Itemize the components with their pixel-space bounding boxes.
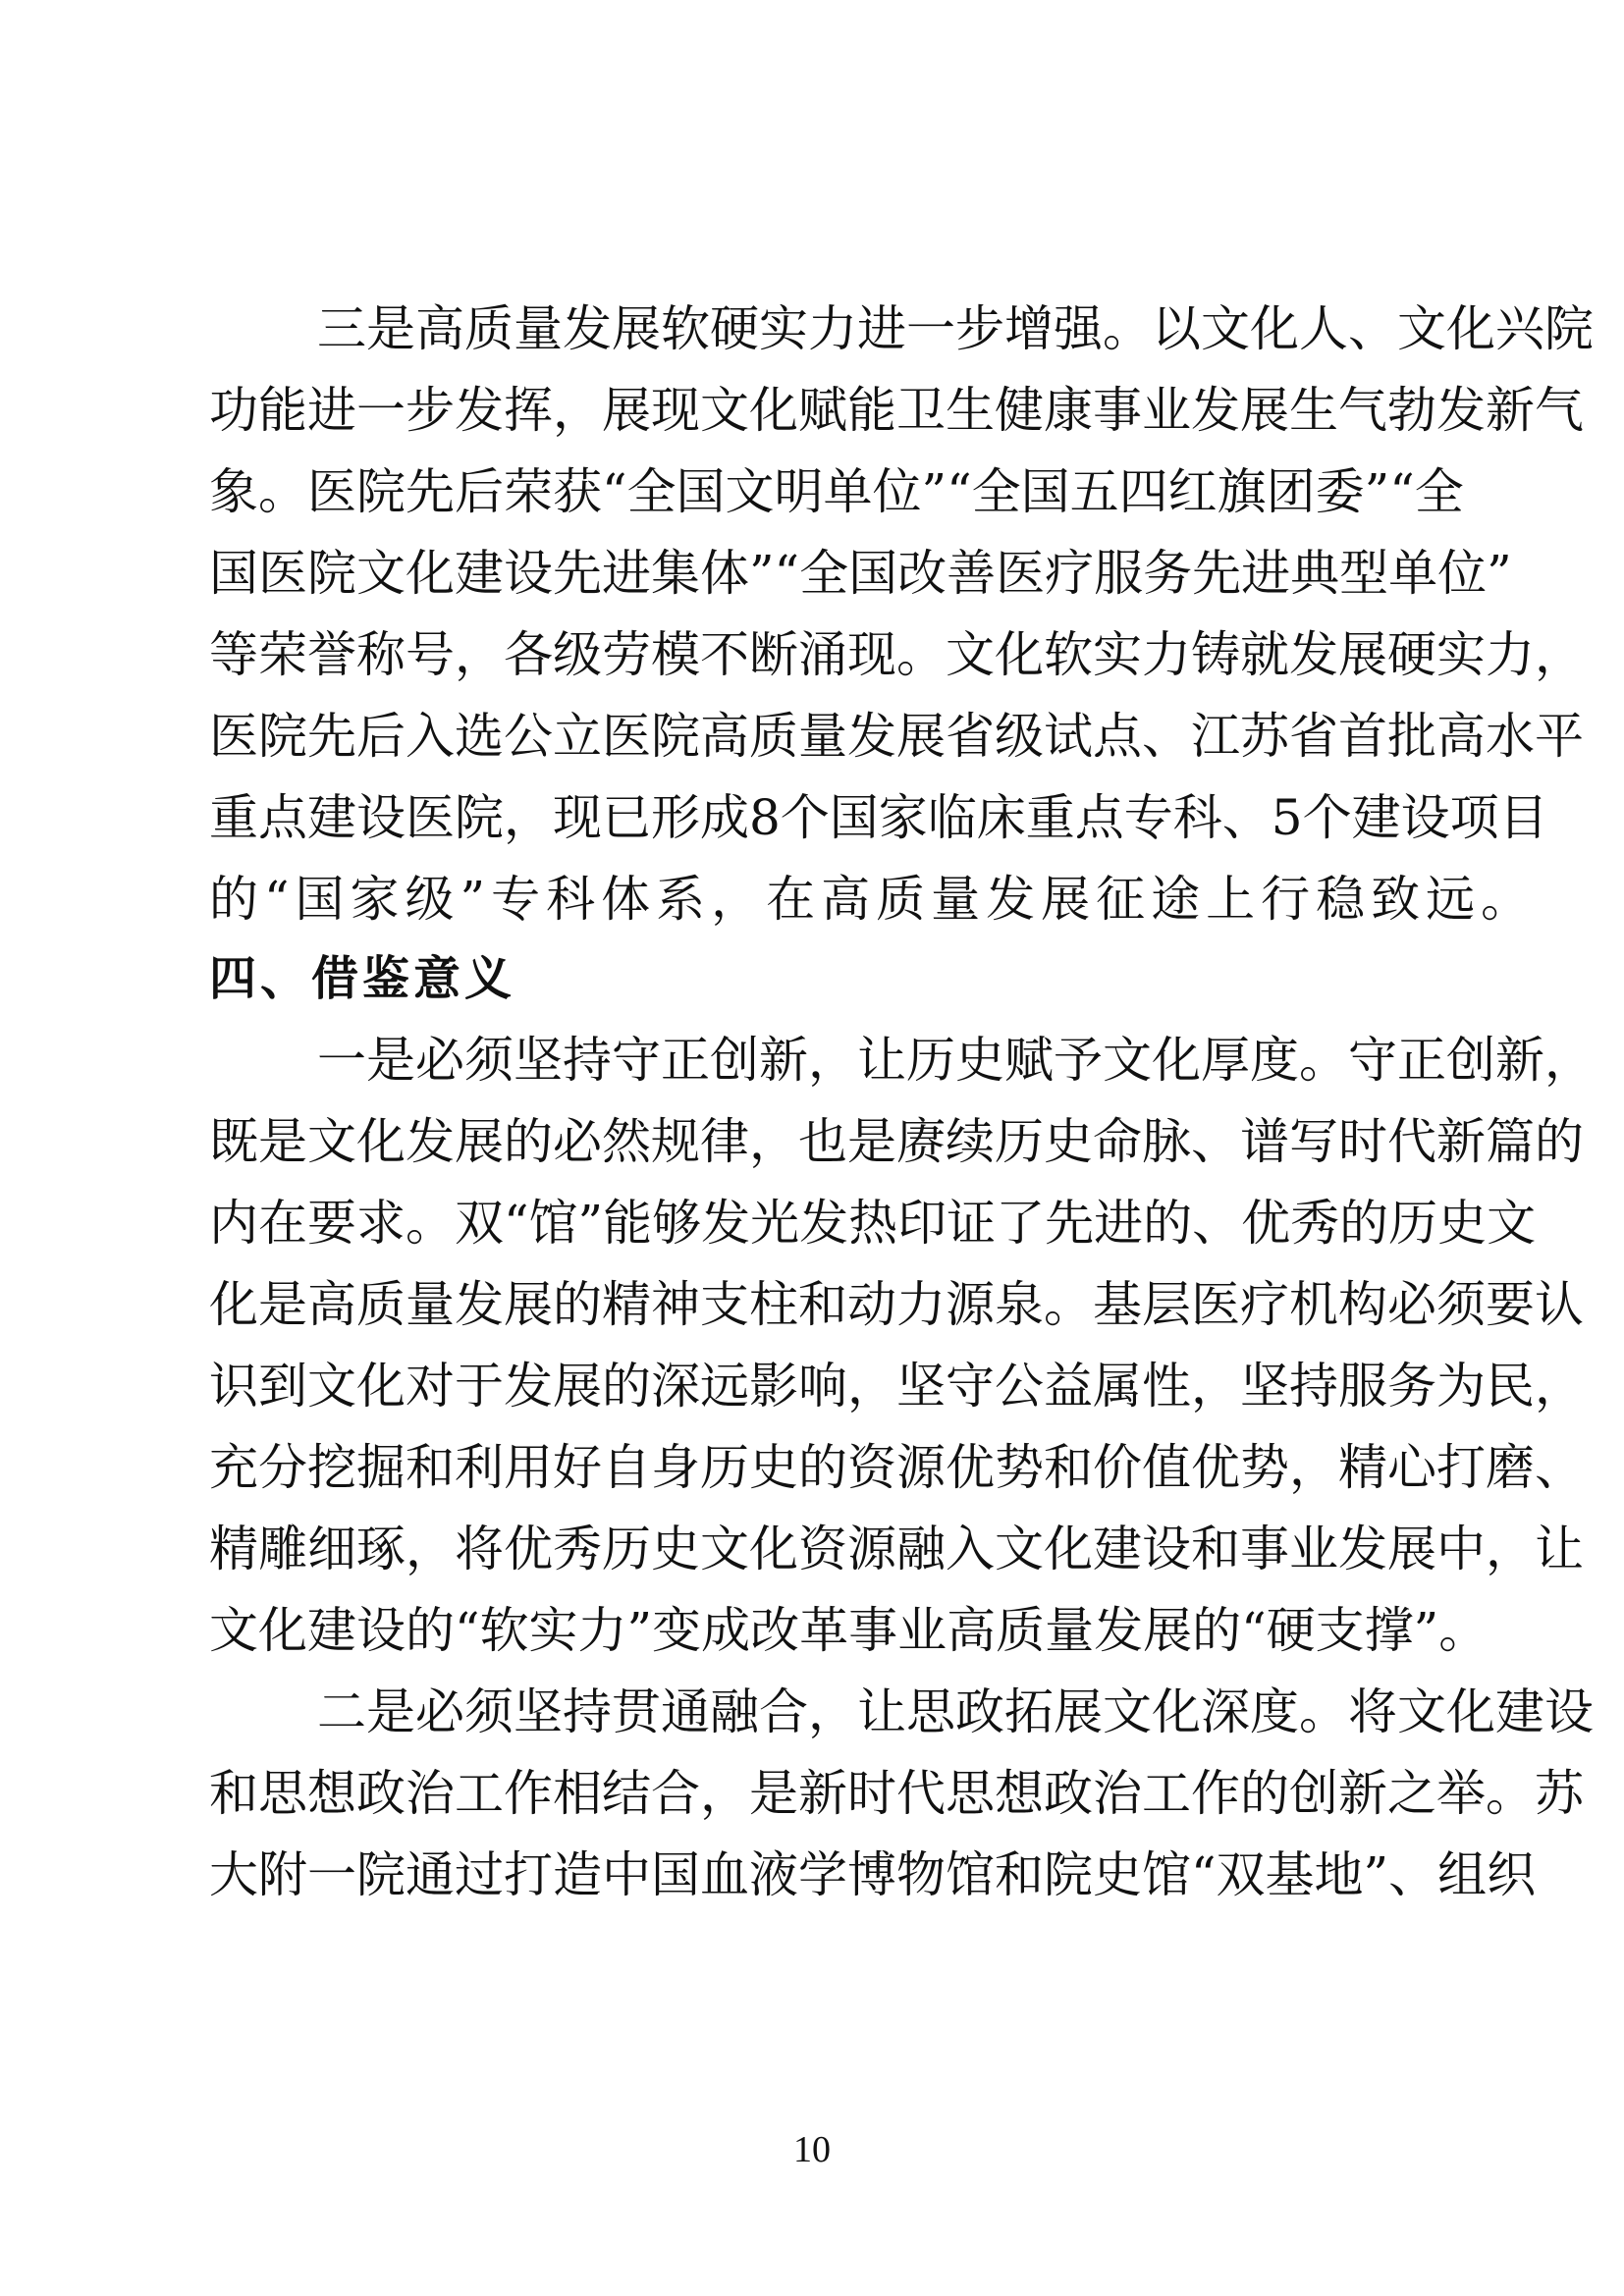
text-line: 等荣誉称号，各级劳模不断涌现。文化软实力铸就发展硬实力， [209,620,1419,689]
text-line: 国医院文化建设先进集体”“全国改善医疗服务先进典型单位” [209,539,1419,608]
text-line: 既是文化发展的必然规律，也是赓续历史命脉、谱写时代新篇的 [209,1107,1419,1176]
text-line: 的“国家级”专科体系，在高质量发展征途上行稳致远。 [209,865,1419,934]
text-line: 大附一院通过打造中国血液学博物馆和院史馆“双基地”、组织 [209,1841,1419,1909]
text-line: 三是高质量发展软硬实力进一步增强。以文化人、文化兴院 [317,294,1419,363]
text-line: 象。医院先后荣获“全国文明单位”“全国五四红旗团委”“全 [209,457,1419,526]
text-line: 识到文化对于发展的深远影响，坚守公益属性，坚持服务为民， [209,1352,1419,1420]
text-line: 医院先后入选公立医院高质量发展省级试点、江苏省首批高水平 [209,702,1419,771]
text-line: 重点建设医院，现已形成8个国家临床重点专科、5个建设项目 [209,783,1419,852]
text-line: 一是必须坚持守正创新，让历史赋予文化厚度。守正创新， [317,1026,1419,1095]
text-line: 化是高质量发展的精神支柱和动力源泉。基层医疗机构必须要认 [209,1270,1419,1339]
text-line: 二是必须坚持贯通融合，让思政拓展文化深度。将文化建设 [317,1678,1419,1746]
document-page: 三是高质量发展软硬实力进一步增强。以文化人、文化兴院 功能进一步发挥，展现文化赋… [0,0,1624,2296]
text-line: 充分挖掘和利用好自身历史的资源优势和价值优势，精心打磨、 [209,1433,1419,1502]
text-line: 文化建设的“软实力”变成改革事业高质量发展的“硬支撑”。 [209,1596,1419,1665]
text-line: 和思想政治工作相结合，是新时代思想政治工作的创新之举。苏 [209,1759,1419,1828]
text-line: 精雕细琢，将优秀历史文化资源融入文化建设和事业发展中，让 [209,1515,1419,1583]
section-heading: 四、借鉴意义 [209,944,515,1013]
text-line: 内在要求。双“馆”能够发光发热印证了先进的、优秀的历史文 [209,1189,1419,1257]
page-number: 10 [0,2125,1624,2174]
text-line: 功能进一步发挥，展现文化赋能卫生健康事业发展生气勃发新气 [209,376,1419,445]
